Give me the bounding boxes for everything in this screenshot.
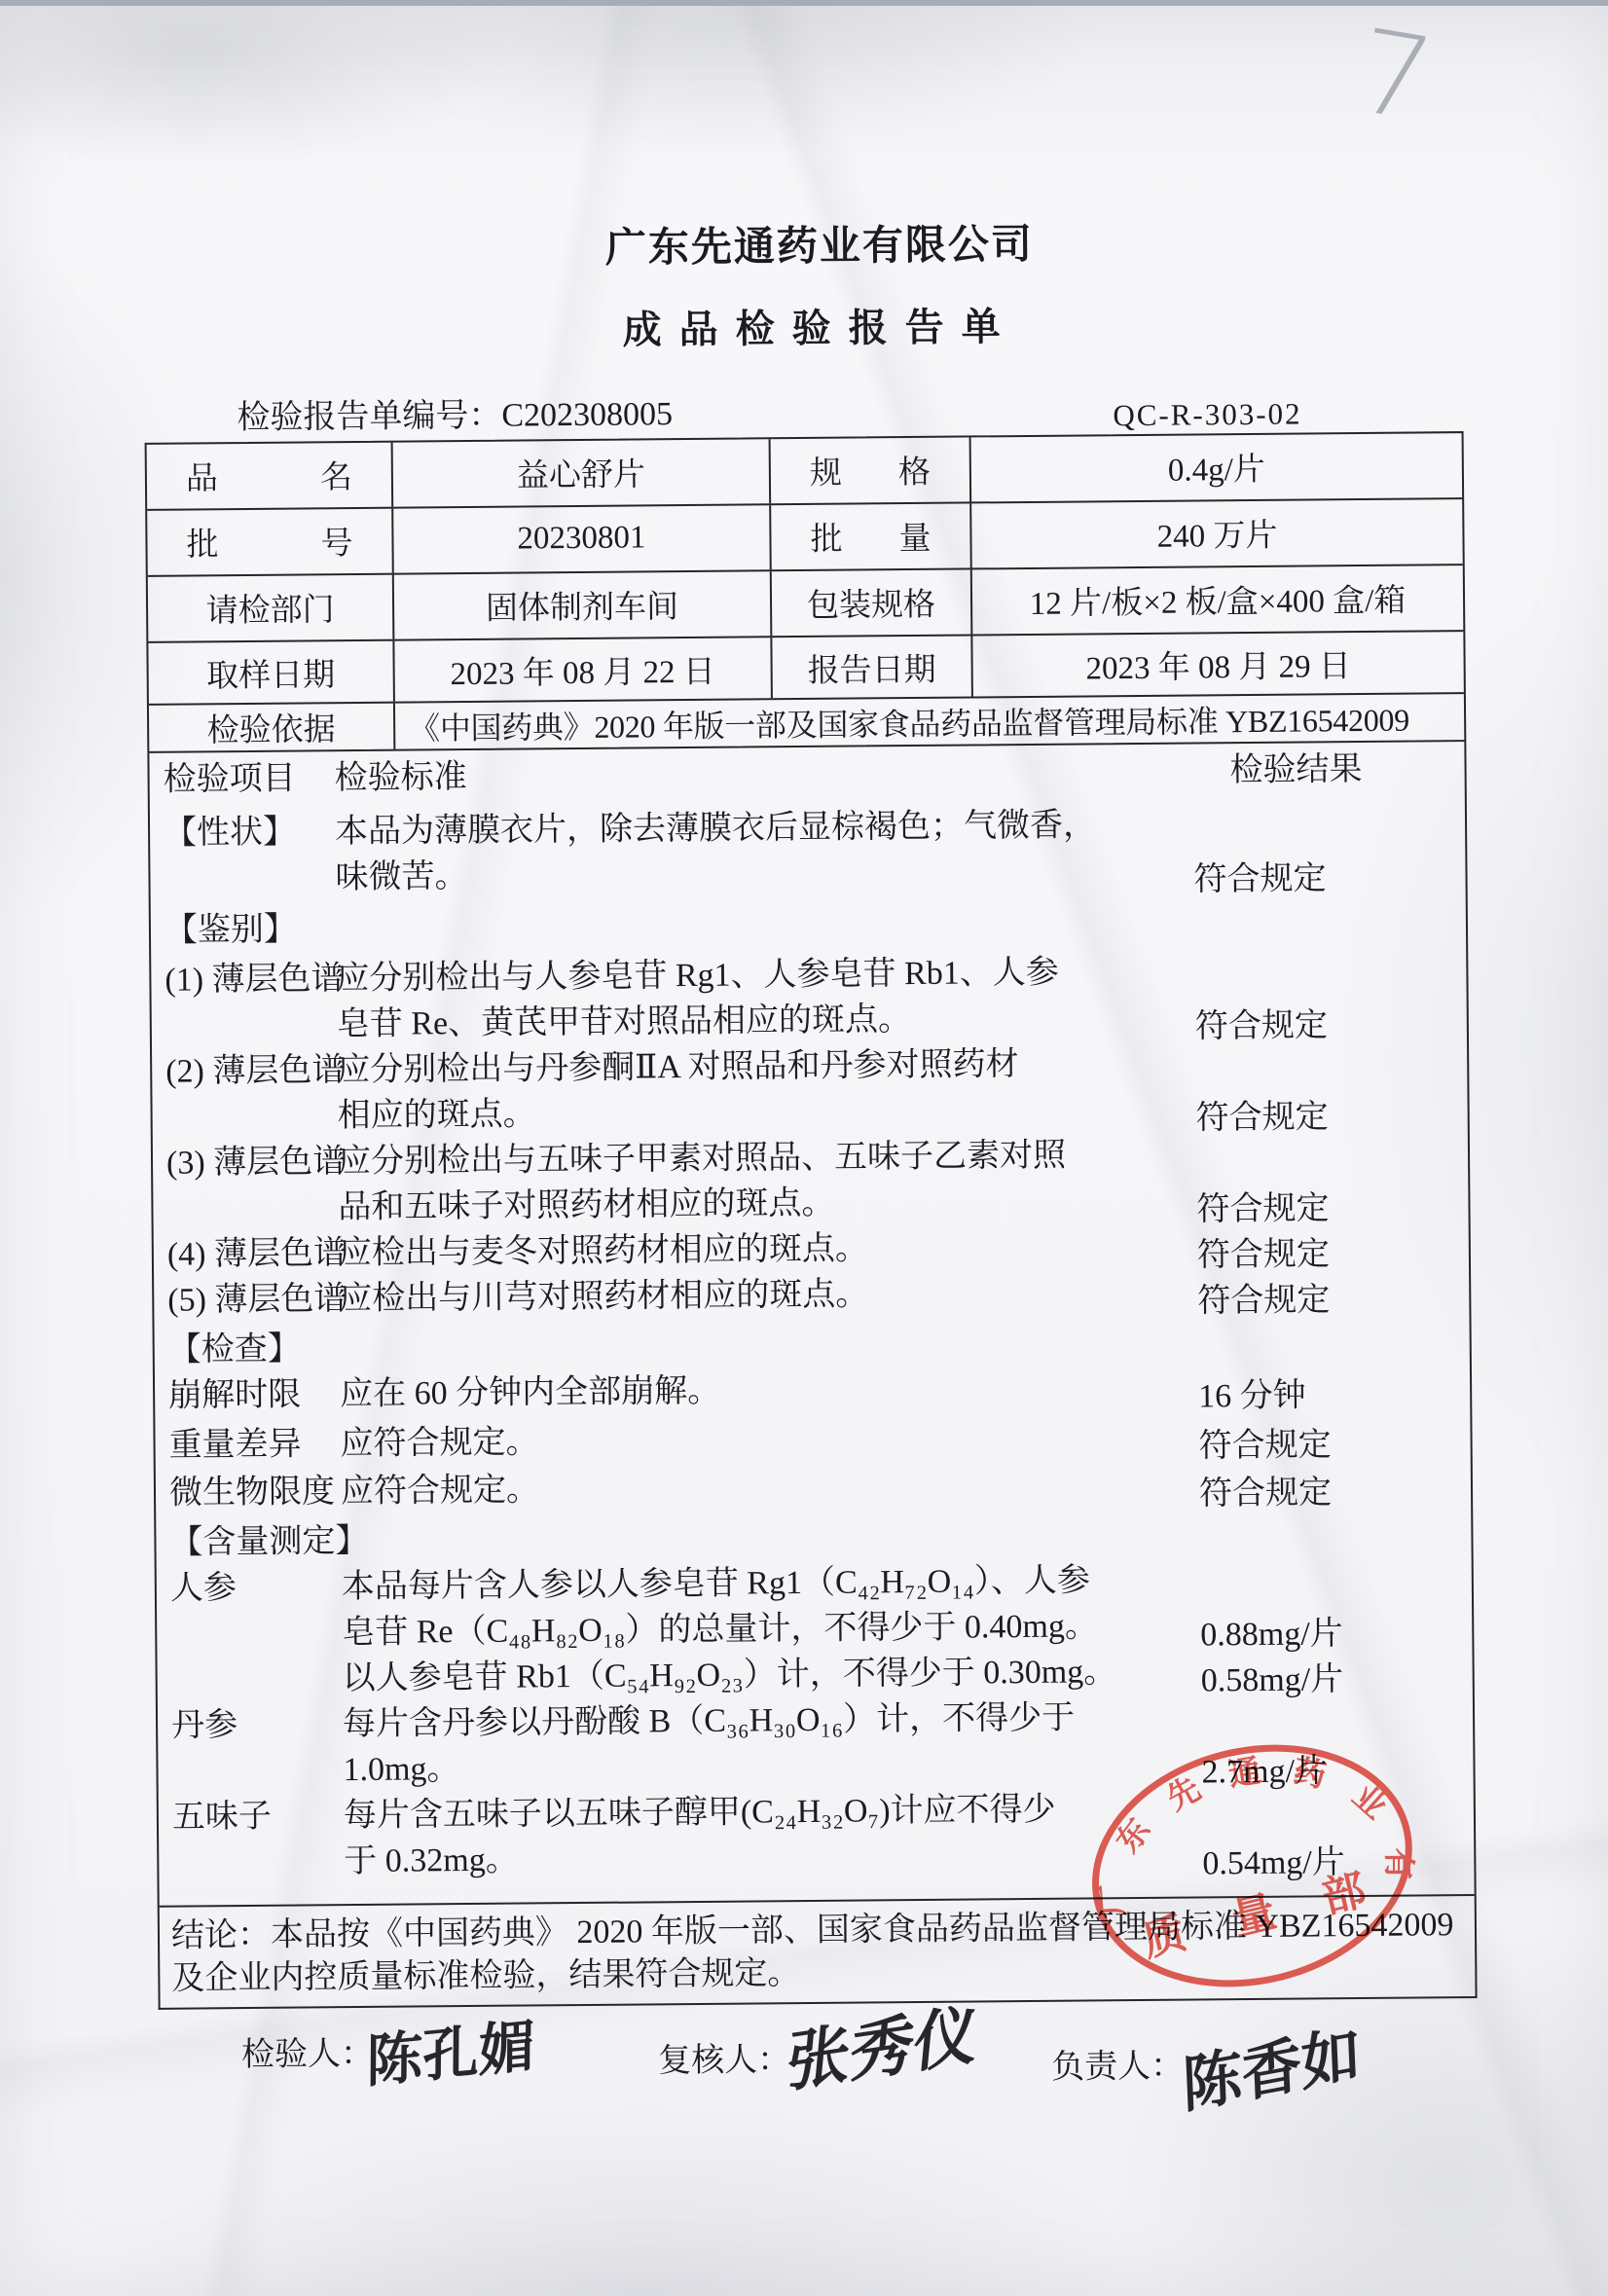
standard-line: 以人参皂苷 Rb1（C₅₄H₉₂O₂₃）计，不得少于 0.30mg。	[342, 1649, 1159, 1701]
result-slot: 16 分钟	[1198, 1362, 1470, 1409]
item-result: 符合规定	[1153, 946, 1467, 1040]
company-name: 广东先通药业有限公司	[537, 211, 1103, 274]
standard-line: 应检出与川芎对照药材相应的斑点。	[339, 1269, 1156, 1322]
item-standard: 应检出与川芎对照药材相应的斑点。	[339, 1269, 1156, 1322]
item-name: 人参	[170, 1564, 343, 1703]
result-slot: 符合规定	[1196, 1175, 1468, 1222]
inspector-signature: 陈孔媚	[366, 2000, 535, 2098]
field-value-spec: 0.4g/片	[971, 433, 1463, 501]
label-text: 批量	[771, 513, 969, 561]
result-slot: 0.88mg/片	[1200, 1600, 1472, 1648]
field-label-pack-spec: 包装规格	[772, 569, 973, 637]
scanned-paper: 7 广东先通药业有限公司 成品检验报告单 检验报告单编号：C202308005 …	[0, 6, 1608, 2296]
result-slot	[1200, 1554, 1472, 1602]
item-result: 符合规定	[1154, 1038, 1468, 1132]
page-title: 成品检验报告单	[523, 295, 1116, 355]
item-result: 符合规定	[1152, 799, 1466, 893]
product-info-table: 品名 益心舒片 规格 0.4g/片 批号 20230801 批量 240 万片 …	[145, 431, 1467, 753]
result-value: 符合规定	[1198, 1422, 1331, 1469]
table-row: 取样日期 2023 年 08 月 22 日 报告日期 2023 年 08 月 2…	[148, 632, 1464, 706]
result-value: 16 分钟	[1198, 1373, 1306, 1420]
reviewer-label: 复核人：	[658, 2032, 790, 2081]
items-header-row: 检验项目 检验标准 检验结果	[163, 746, 1464, 803]
stamp-dept-text: 质 量 部	[1138, 1862, 1389, 1966]
table-row: 批号 20230801 批量 240 万片	[147, 499, 1463, 577]
column-header-standard: 检验标准	[334, 748, 1151, 801]
standard-line: 应符合规定。	[341, 1462, 1158, 1514]
item-row: 【性状】 本品为薄膜衣片，除去薄膜衣后显棕褐色；气微香，味微苦。 符合规定	[164, 799, 1466, 902]
item-result	[1153, 896, 1466, 945]
standard-line: 皂苷 Re、黄芪甲苷对照品相应的斑点。	[337, 995, 1154, 1047]
item-name: 五味子	[172, 1793, 345, 1886]
standard-line: 品和五味子对照药材相应的斑点。	[338, 1178, 1155, 1230]
field-label-product-name: 品名	[147, 443, 394, 509]
report-number-label: 检验报告单编号：	[237, 398, 501, 436]
result-value: 符合规定	[1197, 1277, 1330, 1324]
result-value: 符合规定	[1199, 1470, 1332, 1516]
field-label-batch-qty: 批量	[771, 503, 972, 569]
item-name: 【性状】	[164, 809, 336, 902]
item-standard	[336, 899, 1153, 952]
report-number-value: C202308005	[501, 396, 673, 434]
item-result: 0.88mg/片0.58mg/片	[1159, 1554, 1473, 1695]
field-value-product-name: 益心舒片	[393, 439, 772, 506]
item-standard: 应分别检出与丹参酮ⅡA 对照品和丹参对照药材相应的斑点。	[337, 1040, 1155, 1139]
label-text: 品名	[147, 452, 391, 499]
item-standard: 应符合规定。	[340, 1414, 1157, 1467]
standard-line: 应检出与麦冬对照药材相应的斑点。	[339, 1223, 1156, 1276]
item-name: 微生物限度	[169, 1469, 341, 1516]
item-standard	[340, 1319, 1157, 1371]
form-code: QC-R-303-02	[1113, 397, 1302, 434]
item-row: 人参 本品每片含人参以人参皂苷 Rg1（C₄₂H₇₂O₁₄）、人参皂苷 Re（C…	[170, 1554, 1473, 1703]
standard-line: 应在 60 分钟内全部崩解。	[340, 1365, 1157, 1417]
result-slot	[1193, 799, 1465, 847]
item-standard: 应在 60 分钟内全部崩解。	[340, 1365, 1157, 1417]
standard-line: 于 0.32mg。	[344, 1832, 1161, 1884]
standard-line: 本品每片含人参以人参皂苷 Rg1（C₄₂H₇₂O₁₄）、人参	[342, 1557, 1159, 1610]
standard-line: 1.0mg。	[343, 1740, 1160, 1793]
item-name: 【检查】	[168, 1326, 340, 1373]
result-value: 符合规定	[1196, 1185, 1329, 1232]
item-name: 崩解时限	[168, 1371, 340, 1419]
inspector-label: 检验人：	[241, 2026, 374, 2075]
item-row: 【鉴别】	[164, 896, 1466, 954]
item-row: (1) 薄层色谱 应分别检出与人参皂苷 Rg1、人参皂苷 Rb1、人参皂苷 Re…	[164, 946, 1467, 1049]
item-name: 【含量测定】	[169, 1518, 341, 1566]
document-content: 7 广东先通药业有限公司 成品检验报告单 检验报告单编号：C202308005 …	[0, 0, 1608, 2296]
signatures-row: 检验人： 陈孔媚 复核人： 张秀仪 负责人： 陈香如	[159, 2005, 1523, 2270]
field-label-sample-date: 取样日期	[148, 641, 395, 704]
result-value: 符合规定	[1197, 1231, 1330, 1278]
field-value-batch-no: 20230801	[393, 505, 772, 572]
standard-line: 每片含丹参以丹酚酸 B（C₃₆H₃₀O₁₆）计，不得少于	[343, 1695, 1160, 1747]
column-header-item: 检验项目	[163, 755, 334, 803]
field-value-sample-date: 2023 年 08 月 22 日	[394, 638, 773, 702]
field-label-request-dept: 请检部门	[148, 574, 395, 641]
standard-line: 皂苷 Re（C₄₈H₈₂O₁₈）的总量计，不得少于 0.40mg。	[342, 1603, 1159, 1656]
item-name: (1) 薄层色谱	[164, 956, 337, 1049]
item-name: (4) 薄层色谱	[167, 1230, 339, 1278]
result-value: 符合规定	[1195, 1094, 1328, 1141]
item-standard: 应检出与麦冬对照药材相应的斑点。	[339, 1223, 1156, 1276]
item-standard: 每片含丹参以丹酚酸 B（C₃₆H₃₀O₁₆）计，不得少于1.0mg。	[343, 1695, 1161, 1793]
handwritten-page-number: 7	[1347, 3, 1442, 147]
item-standard: 应分别检出与五味子甲素对照品、五味子乙素对照品和五味子对照药材相应的斑点。	[338, 1132, 1156, 1230]
label-text: 规格	[771, 447, 969, 494]
item-standard: 本品为薄膜衣片，除去薄膜衣后显棕褐色；气微香，味微苦。	[335, 802, 1153, 900]
result-value: 0.58mg/片	[1201, 1657, 1344, 1703]
field-label-spec: 规格	[771, 437, 972, 503]
result-value: 符合规定	[1195, 1002, 1328, 1049]
item-standard: 应分别检出与人参皂苷 Rg1、人参皂苷 Rb1、人参皂苷 Re、黄芪甲苷对照品相…	[336, 949, 1154, 1047]
item-row: (3) 薄层色谱 应分别检出与五味子甲素对照品、五味子乙素对照品和五味子对照药材…	[166, 1129, 1469, 1232]
standard-line: 应符合规定。	[340, 1414, 1157, 1467]
field-label-inspection-basis: 检验依据	[149, 704, 395, 751]
item-standard	[341, 1512, 1158, 1564]
report-number-line: 检验报告单编号：C202308005	[237, 386, 673, 438]
item-name: 重量差异	[168, 1421, 340, 1469]
field-value-request-dept: 固体制剂车间	[394, 571, 773, 639]
table-row: 请检部门 固体制剂车间 包装规格 12 片/板×2 板/盒×400 盒/箱	[148, 565, 1464, 644]
label-text: 批号	[147, 518, 391, 565]
standard-line: 相应的斑点。	[337, 1086, 1154, 1139]
item-standard: 应符合规定。	[341, 1462, 1158, 1514]
result-slot	[1194, 946, 1466, 994]
standard-line: 味微苦。	[335, 848, 1152, 900]
item-name: 【鉴别】	[164, 906, 336, 954]
result-slot	[1194, 896, 1466, 944]
item-result: 16 分钟	[1157, 1362, 1470, 1410]
item-name: 丹参	[171, 1701, 344, 1795]
item-standard: 每片含五味子以五味子醇甲(C₂₄H₃₂O₇)计应不得少于 0.32mg。	[344, 1786, 1162, 1884]
item-name: (5) 薄层色谱	[167, 1276, 339, 1324]
item-name: (3) 薄层色谱	[166, 1139, 339, 1232]
standard-line: 每片含五味子以五味子醇甲(C₂₄H₃₂O₇)计应不得少	[344, 1786, 1161, 1839]
standard-line: 本品为薄膜衣片，除去薄膜衣后显棕褐色；气微香，	[335, 802, 1152, 855]
standard-line: 应分别检出与人参皂苷 Rg1、人参皂苷 Rb1、人参	[336, 949, 1153, 1002]
field-value-pack-spec: 12 片/板×2 板/盒×400 盒/箱	[972, 565, 1464, 635]
item-name: (2) 薄层色谱	[165, 1047, 338, 1141]
result-value: 符合规定	[1193, 856, 1326, 902]
field-value-report-date: 2023 年 08 月 29 日	[972, 632, 1464, 696]
field-label-report-date: 报告日期	[772, 637, 973, 699]
result-value: 0.88mg/片	[1200, 1611, 1343, 1658]
result-slot: 符合规定	[1193, 845, 1465, 893]
field-label-batch-no: 批号	[147, 508, 394, 574]
column-header-result: 检验结果	[1151, 746, 1464, 794]
item-standard: 本品每片含人参以人参皂苷 Rg1（C₄₂H₇₂O₁₄）、人参皂苷 Re（C₄₈H…	[342, 1557, 1160, 1701]
result-slot: 符合规定	[1195, 1083, 1467, 1131]
result-slot: 符合规定	[1195, 992, 1467, 1039]
item-row: 重量差异 应符合规定。 符合规定	[168, 1411, 1470, 1469]
standard-line: 应分别检出与丹参酮ⅡA 对照品和丹参对照药材	[337, 1040, 1154, 1093]
field-value-batch-qty: 240 万片	[971, 499, 1463, 567]
table-row: 品名 益心舒片 规格 0.4g/片	[147, 433, 1463, 511]
standard-line: 应分别检出与五味子甲素对照品、五味子乙素对照	[338, 1132, 1155, 1184]
item-row: (2) 薄层色谱 应分别检出与丹参酮ⅡA 对照品和丹参对照药材相应的斑点。 符合…	[165, 1038, 1468, 1141]
field-value-inspection-basis: 《中国药典》2020 年版一部及国家食品药品监督管理局标准 YBZ1654200…	[395, 694, 1464, 749]
item-result: 符合规定	[1155, 1129, 1469, 1223]
